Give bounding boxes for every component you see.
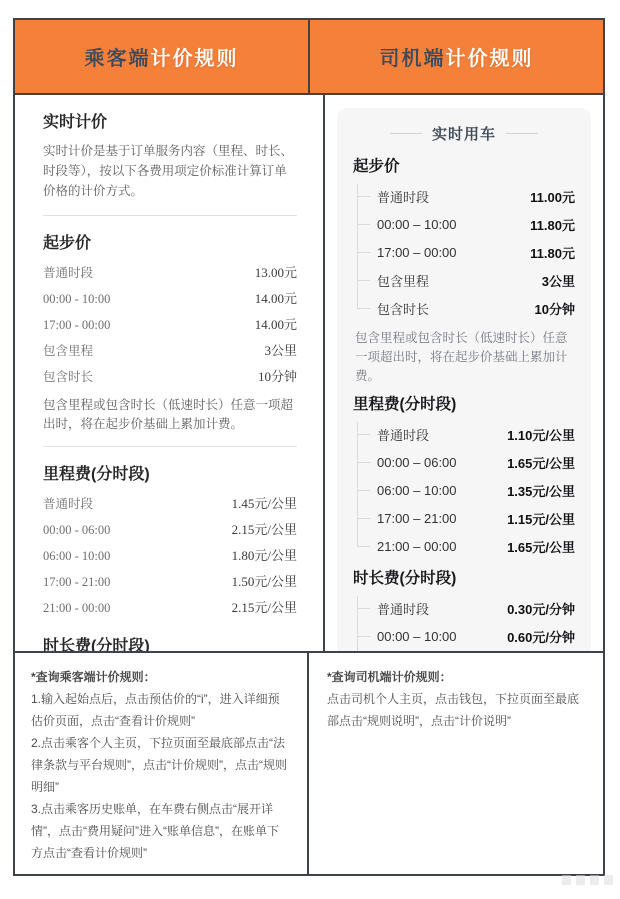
fee-row: 21:00 - 00:002.15元/公里 (43, 597, 297, 623)
passenger-header-secondary: 计价规则 (151, 42, 239, 71)
fee-row-value: 1.15元/公里 (507, 509, 575, 528)
fee-row-label: 17:00 - 21:00 (43, 575, 110, 590)
passenger-header-primary: 乘客端 (85, 42, 151, 71)
fee-row: 00:00 - 10:0014.00元 (43, 288, 297, 314)
fee-row-label: 包含里程 (43, 341, 93, 359)
section-title: 起步价 (353, 154, 575, 176)
fee-row-label: 包含里程 (377, 271, 429, 290)
fee-row-value: 1.65元/公里 (507, 453, 575, 472)
fee-row-label: 00:00 – 10:00 (377, 629, 457, 644)
fee-row-value: 10分钟 (258, 366, 297, 385)
footnote-lines: 点击司机个人主页，点击钱包，下拉页面至最底部点击“规则说明”，点击“计价说明” (327, 688, 585, 732)
fee-row-value: 14.00元 (255, 288, 297, 307)
fee-section: 里程费(分时段)普通时段1.45元/公里00:00 - 06:002.15元/公… (43, 461, 297, 623)
fee-row-value: 3公里 (542, 271, 575, 290)
section-title: 起步价 (43, 230, 297, 253)
passenger-footnote: *查询乘客端计价规则： 1.输入起始点后，点击预估价的“i”，进入详细预估价页面… (15, 653, 309, 874)
card-title: 实时用车 (432, 123, 496, 144)
passenger-sections: 起步价普通时段13.00元00:00 - 10:0014.00元17:00 - … (43, 215, 297, 651)
fee-row-label: 00:00 – 06:00 (377, 455, 457, 470)
section-title: 里程费(分时段) (353, 392, 575, 414)
fee-row-value: 13.00元 (255, 262, 297, 281)
fee-row-value: 10分钟 (535, 299, 575, 318)
title-dash-left (390, 133, 422, 134)
driver-footnote: *查询司机端计价规则： 点击司机个人主页，点击钱包，下拉页面至最底部点击“规则说… (309, 653, 603, 874)
pricing-comparison-table: 乘客端计价规则 司机端计价规则 实时计价 实时计价是基于订单服务内容（里程、时长… (13, 18, 605, 876)
fee-row: 普通时段1.45元/公里 (43, 493, 297, 519)
fee-row-value: 2.15元/公里 (232, 597, 297, 616)
section-title: 时长费(分时段) (353, 566, 575, 588)
driver-header: 司机端计价规则 (310, 20, 603, 93)
fee-row-value: 1.45元/公里 (232, 493, 297, 512)
fee-row: 17:00 – 00:000.60元/分钟 (377, 650, 575, 651)
fee-row-value: 0.60元/分钟 (507, 627, 575, 646)
fee-row-label: 普通时段 (377, 425, 429, 444)
fee-row: 普通时段11.00元 (377, 182, 575, 210)
fee-row-label: 17:00 – 00:00 (377, 245, 457, 260)
fee-row-label: 普通时段 (43, 494, 93, 512)
fee-row-value: 11.00元 (530, 187, 575, 206)
section-divider (43, 446, 297, 447)
fee-row-value: 2.15元/公里 (232, 519, 297, 538)
fee-row-label: 普通时段 (377, 599, 429, 618)
driver-header-primary: 司机端 (380, 42, 446, 71)
fee-row: 00:00 – 06:001.65元/公里 (377, 448, 575, 476)
fee-row: 17:00 - 21:001.50元/公里 (43, 571, 297, 597)
fee-row: 00:00 - 06:002.15元/公里 (43, 519, 297, 545)
fee-row-value: 1.65元/公里 (507, 537, 575, 556)
intro-text: 实时计价是基于订单服务内容（里程、时长、时段等），按以下各费用项定价标准计算订单… (43, 141, 297, 201)
fee-row-value: 11.80元 (530, 215, 575, 234)
driver-panel: 实时用车 起步价普通时段11.00元00:00 – 10:0011.80元17:… (325, 95, 603, 651)
footnote-line: 点击司机个人主页，点击钱包，下拉页面至最底部点击“规则说明”，点击“计价说明” (327, 688, 585, 732)
fee-row-label: 17:00 – 21:00 (377, 511, 457, 526)
passenger-panel: 实时计价 实时计价是基于订单服务内容（里程、时长、时段等），按以下各费用项定价标… (15, 95, 325, 651)
table-footer-row: *查询乘客端计价规则： 1.输入起始点后，点击预估价的“i”，进入详细预估价页面… (15, 651, 603, 874)
fee-row: 包含里程3公里 (43, 340, 297, 366)
footnote-line: 1.输入起始点后，点击预估价的“i”，进入详细预估价页面，点击“查看计价规则” (31, 688, 289, 732)
fee-rows-tree: 普通时段11.00元00:00 – 10:0011.80元17:00 – 00:… (357, 182, 575, 322)
fee-section: 时长费(分时段)普通时段0.30元/分钟00:00 – 10:000.60元/分… (353, 566, 575, 651)
fee-row-label: 00:00 – 10:00 (377, 217, 457, 232)
intro-title: 实时计价 (43, 109, 297, 132)
fee-row: 包含时长10分钟 (43, 366, 297, 392)
fee-row-value: 3公里 (264, 340, 297, 359)
footnote-title: *查询乘客端计价规则： (31, 666, 289, 688)
fee-row-value: 0.30元/分钟 (507, 599, 575, 618)
fee-row-value: 1.80元/公里 (232, 545, 297, 564)
fee-row-label: 06:00 - 10:00 (43, 549, 110, 564)
fee-section: 起步价普通时段11.00元00:00 – 10:0011.80元17:00 – … (353, 154, 575, 386)
section-note: 包含里程或包含时长（低速时长）任意一项超出时，将在起步价基础上累加计费。 (43, 396, 297, 434)
fee-row-label: 普通时段 (377, 187, 429, 206)
fee-row: 17:00 - 00:0014.00元 (43, 314, 297, 340)
footnote-lines: 1.输入起始点后，点击预估价的“i”，进入详细预估价页面，点击“查看计价规则”2… (31, 688, 289, 864)
fee-row-label: 包含时长 (43, 367, 93, 385)
fee-rows-tree: 普通时段1.10元/公里00:00 – 06:001.65元/公里06:00 –… (357, 420, 575, 560)
realtime-card: 实时用车 起步价普通时段11.00元00:00 – 10:0011.80元17:… (337, 108, 591, 651)
fee-row-value: 1.35元/公里 (507, 481, 575, 500)
table-header-row: 乘客端计价规则 司机端计价规则 (15, 20, 603, 95)
pricing-rules-sheet: 乘客端计价规则 司机端计价规则 实时计价 实时计价是基于订单服务内容（里程、时长… (0, 0, 620, 899)
fee-row-label: 普通时段 (43, 263, 93, 281)
fee-row: 普通时段13.00元 (43, 262, 297, 288)
section-title: 时长费(分时段) (43, 633, 297, 651)
fee-row-label: 00:00 - 06:00 (43, 523, 110, 538)
footnote-line: 3.点击乘客历史账单，在车费右侧点击“展开详情”，点击“费用疑问”进入“账单信息… (31, 798, 289, 864)
fee-section: 里程费(分时段)普通时段1.10元/公里00:00 – 06:001.65元/公… (353, 392, 575, 560)
fee-row-value: 14.00元 (255, 314, 297, 333)
fee-row-label: 包含时长 (377, 299, 429, 318)
footnote-title: *查询司机端计价规则： (327, 666, 585, 688)
fee-row-label: 21:00 - 00:00 (43, 601, 110, 616)
fee-section: 时长费(分时段)普通时段0.40元/分钟00:00 - 10:000.80元/分… (43, 633, 297, 651)
fee-row: 21:00 – 00:001.65元/公里 (377, 532, 575, 560)
fee-row-value: 1.50元/公里 (232, 571, 297, 590)
section-title: 里程费(分时段) (43, 461, 297, 484)
fee-row: 17:00 – 21:001.15元/公里 (377, 504, 575, 532)
fee-row-value: 1.10元/公里 (507, 425, 575, 444)
fee-row: 00:00 – 10:0011.80元 (377, 210, 575, 238)
section-divider (43, 215, 297, 216)
title-dash-right (506, 133, 538, 134)
fee-row: 06:00 – 10:001.35元/公里 (377, 476, 575, 504)
fee-row: 06:00 - 10:001.80元/公里 (43, 545, 297, 571)
fee-row-label: 00:00 - 10:00 (43, 292, 110, 307)
section-note: 包含里程或包含时长（低速时长）任意一项超出时，将在起步价基础上累加计费。 (355, 329, 575, 386)
fee-row: 00:00 – 10:000.60元/分钟 (377, 622, 575, 650)
fee-rows-tree: 普通时段0.30元/分钟00:00 – 10:000.60元/分钟17:00 –… (357, 594, 575, 651)
fee-row: 普通时段0.30元/分钟 (377, 594, 575, 622)
card-title-row: 实时用车 (353, 123, 575, 144)
driver-header-secondary: 计价规则 (446, 42, 534, 71)
passenger-header: 乘客端计价规则 (15, 20, 310, 93)
fee-row: 普通时段1.10元/公里 (377, 420, 575, 448)
fee-row: 包含里程3公里 (377, 266, 575, 294)
watermark (562, 875, 618, 885)
footnote-line: 2.点击乘客个人主页，下拉页面至最底部点击“法律条款与平台规则”，点击“计价规则… (31, 732, 289, 798)
fee-row-value: 11.80元 (530, 243, 575, 262)
fee-row-label: 21:00 – 00:00 (377, 539, 457, 554)
fee-section: 起步价普通时段13.00元00:00 - 10:0014.00元17:00 - … (43, 230, 297, 434)
fee-row: 包含时长10分钟 (377, 294, 575, 322)
fee-row: 17:00 – 00:0011.80元 (377, 238, 575, 266)
driver-sections: 起步价普通时段11.00元00:00 – 10:0011.80元17:00 – … (353, 154, 575, 651)
fee-row-label: 06:00 – 10:00 (377, 483, 457, 498)
fee-row-label: 17:00 - 00:00 (43, 318, 110, 333)
table-body-row: 实时计价 实时计价是基于订单服务内容（里程、时长、时段等），按以下各费用项定价标… (15, 95, 603, 651)
